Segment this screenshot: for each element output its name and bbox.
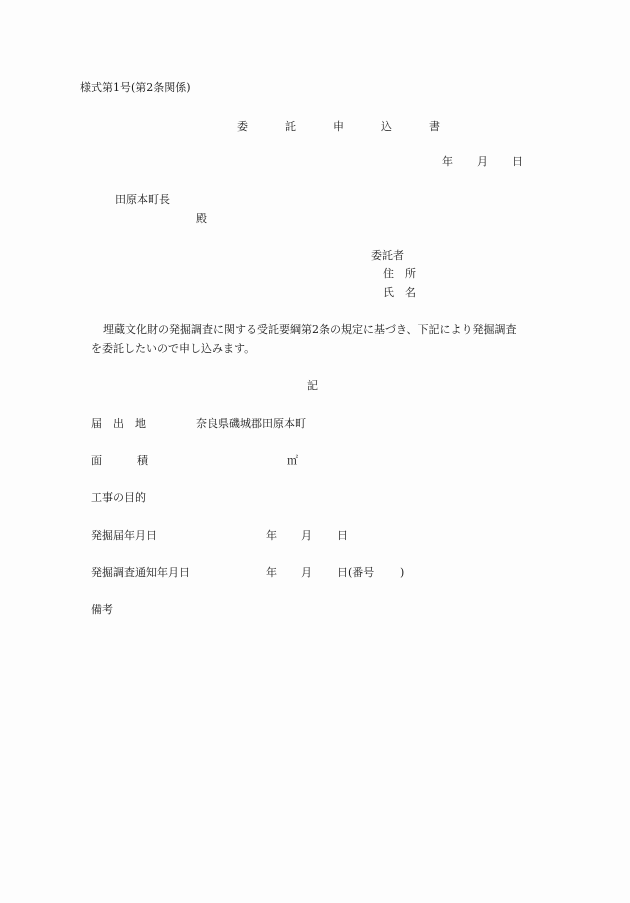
- location-value: 奈良県磯城郡田原本町: [196, 418, 306, 429]
- survey-notice-close-paren: ): [400, 567, 404, 578]
- title-char: 委: [237, 121, 285, 132]
- area-label-1: 面: [91, 455, 102, 466]
- survey-notice-day-number: 日(番号: [337, 567, 374, 578]
- ki-heading: 記: [307, 380, 318, 391]
- remarks-label: 備考: [91, 604, 113, 615]
- body-text-line-2: を委託したいので申し込みます。: [91, 343, 255, 354]
- survey-notice-year: 年: [266, 567, 277, 578]
- excavation-notice-month: 月: [301, 530, 312, 541]
- area-label-2: 積: [137, 455, 148, 466]
- survey-notice-date-label: 発掘調査通知年月日: [91, 567, 190, 578]
- header-date-year: 年: [442, 156, 453, 167]
- body-text-line-1: 埋蔵文化財の発掘調査に関する受託要綱第2条の規定に基づき、下記により発掘調査: [103, 324, 517, 335]
- excavation-notice-day: 日: [337, 530, 348, 541]
- excavation-notice-date-label: 発掘届年月日: [91, 530, 157, 541]
- excavation-notice-year: 年: [266, 530, 277, 541]
- title-char: 書: [429, 121, 477, 132]
- title-char: 託: [285, 121, 333, 132]
- header-date-month: 月: [477, 156, 488, 167]
- header-date-day: 日: [512, 156, 523, 167]
- addressee-honorific: 殿: [196, 213, 207, 224]
- area-unit: ㎡: [287, 455, 298, 466]
- survey-notice-month: 月: [301, 567, 312, 578]
- applicant-label: 委託者: [371, 250, 404, 261]
- applicant-address-label: 住 所: [383, 268, 416, 279]
- form-label: 様式第1号(第2条関係): [80, 82, 191, 93]
- document-title: 委託申込書: [237, 121, 477, 132]
- title-char: 申: [333, 121, 381, 132]
- purpose-label: 工事の目的: [91, 492, 146, 503]
- location-label: 届 出 地: [91, 418, 146, 429]
- applicant-name-label: 氏 名: [383, 287, 416, 298]
- title-char: 込: [381, 121, 429, 132]
- addressee-name: 田原本町長: [115, 194, 170, 205]
